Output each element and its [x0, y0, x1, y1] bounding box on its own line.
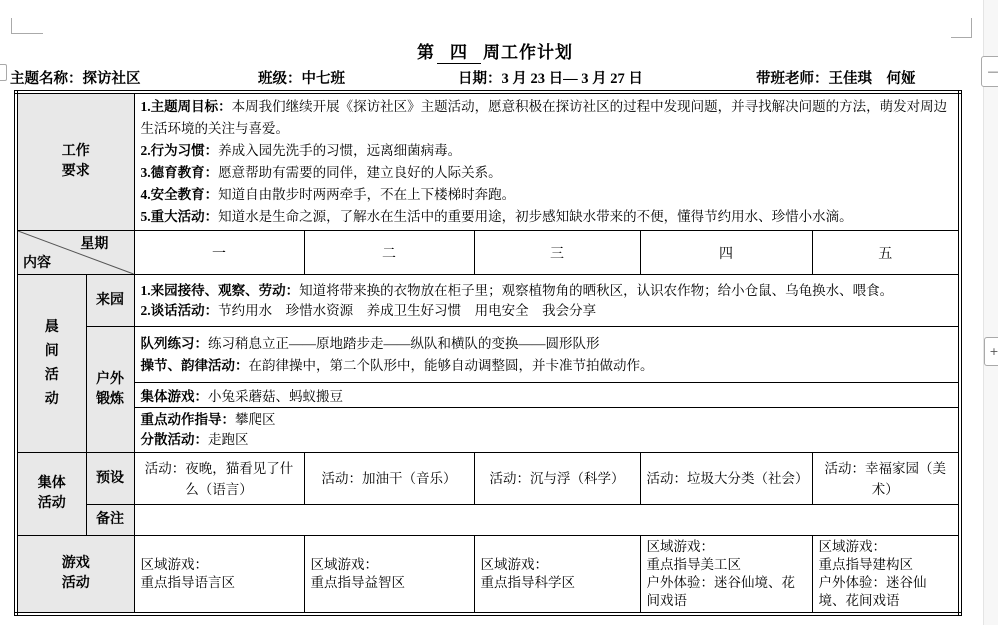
theme-value: 探访社区: [83, 71, 141, 87]
preset-cell-mon: 活动：夜晚，猫看见了什么（语言）: [134, 453, 304, 505]
game-cell-mon: 区域游戏： 重点指导语言区: [134, 536, 304, 615]
preset-cell-fri: 活动：幸福家园（美术）: [812, 453, 960, 505]
collective-activity-label-cell: 集体 活动: [16, 453, 86, 536]
morning-activity-label-cell: 晨 间 活 动: [16, 275, 86, 453]
day-header-mon: 一: [134, 231, 304, 275]
date-field: 日期：3 月 23 日— 3 月 27 日: [458, 67, 643, 88]
arrival-item: 1.来园接待、观察、劳动：知道将带来换的衣物放在柜子里；观察植物角的晒秋区，认识…: [141, 281, 953, 301]
edge-handle-button[interactable]: [0, 64, 7, 81]
note-label-cell: 备注: [86, 505, 134, 536]
corner-week-label: 星期: [80, 233, 108, 253]
margin-corner-mark-top-left: [11, 18, 12, 34]
work-item: 3.德育教育：愿意帮助有需要的同伴，建立良好的人际关系。: [141, 162, 953, 184]
work-item: 4.安全教育：知道自由散步时两两牵手，不在上下楼梯时奔跑。: [141, 184, 953, 206]
teacher-value: 王佳琪 何娅: [829, 71, 916, 87]
class-field: 班级：中七班: [258, 67, 345, 88]
arrival-label-cell: 来园: [86, 275, 134, 327]
corner-content-label: 内容: [23, 252, 51, 272]
work-item: 1.主题周目标：本周我们继续开展《探访社区》主题活动，愿意积极在探访社区的过程中…: [141, 96, 953, 140]
drill-item: 队列练习：练习稍息立正——原地踏步走——纵队和横队的变换——圆形队形: [141, 333, 953, 355]
page-title: 第四周工作计划: [0, 38, 990, 64]
date-label: 日期：: [458, 71, 502, 87]
drill-item: 操节、韵律活动：在韵律操中，第二个队形中，能够自动调整圆，并卡准节拍做动作。: [141, 355, 953, 377]
teacher-label: 带班老师：: [756, 71, 829, 87]
preset-label-cell: 预设: [86, 453, 134, 505]
work-requirements-label-cell: 工作 要求: [16, 92, 134, 231]
day-header-thu: 四: [640, 231, 812, 275]
day-header-tue: 二: [304, 231, 474, 275]
focus-item: 分散活动：走跑区: [141, 430, 953, 450]
document-page: — + 第四周工作计划 主题名称：探访社区 班级：中七班 日期：3 月 23 日…: [0, 0, 998, 625]
week-content-corner-cell: 星期 内容: [16, 231, 134, 275]
focus-item: 重点动作指导：攀爬区: [141, 410, 953, 430]
game-cell-fri: 区域游戏： 重点指导建构区 户外体验：迷谷仙境、花间戏语: [812, 536, 960, 615]
preset-cell-wed: 活动：沉与浮（科学）: [474, 453, 640, 505]
work-item: 5.重大活动：知道水是生命之源，了解水在生活中的重要用途，初步感知缺水带来的不便…: [141, 206, 953, 228]
title-week-number: 四: [437, 38, 481, 64]
game-activity-label-cell: 游戏 活动: [16, 536, 134, 615]
margin-corner-mark-top-right: [971, 18, 972, 38]
plus-icon: +: [989, 345, 998, 358]
class-label: 班级：: [258, 71, 302, 87]
teacher-field: 带班老师：王佳琪 何娅: [756, 67, 916, 88]
game-cell-wed: 区域游戏： 重点指导科学区: [474, 536, 640, 615]
game-cell-tue: 区域游戏： 重点指导益智区: [304, 536, 474, 615]
minus-icon: —: [988, 65, 998, 78]
title-prefix: 第: [417, 43, 435, 62]
date-value: 3 月 23 日— 3 月 27 日: [502, 71, 643, 87]
work-requirements-content-cell: 1.主题周目标：本周我们继续开展《探访社区》主题活动，愿意积极在探访社区的过程中…: [134, 92, 960, 231]
scrollbar-track[interactable]: [983, 0, 998, 625]
class-value: 中七班: [302, 71, 346, 87]
title-suffix: 周工作计划: [483, 43, 573, 62]
group-game-cell: 集体游戏：小兔采蘑菇、蚂蚁搬豆: [134, 383, 960, 408]
focus-guidance-cell: 重点动作指导：攀爬区 分散活动：走跑区: [134, 408, 960, 453]
work-item: 2.行为习惯：养成入园先洗手的习惯，远离细菌病毒。: [141, 140, 953, 162]
outdoor-exercise-label-cell: 户外 锻炼: [86, 327, 134, 453]
theme-label: 主题名称：: [10, 71, 83, 87]
note-content-cell: [134, 505, 960, 536]
game-cell-thu: 区域游戏： 重点指导美工区 户外体验：迷谷仙境、花间戏语: [640, 536, 812, 615]
expand-button[interactable]: +: [984, 337, 998, 366]
day-header-wed: 三: [474, 231, 640, 275]
margin-corner-mark-top-left-h: [11, 33, 43, 34]
preset-cell-tue: 活动：加油干（音乐）: [304, 453, 474, 505]
arrival-content-cell: 1.来园接待、观察、劳动：知道将带来换的衣物放在柜子里；观察植物角的晒秋区，认识…: [134, 275, 960, 327]
day-header-fri: 五: [812, 231, 960, 275]
arrival-item: 2.谈话活动：节约用水 珍惜水资源 养成卫生好习惯 用电安全 我会分享: [141, 301, 953, 321]
preset-cell-thu: 活动：垃圾大分类（社会）: [640, 453, 812, 505]
theme-field: 主题名称：探访社区: [10, 67, 141, 88]
weekly-plan-table: 工作 要求 1.主题周目标：本周我们继续开展《探访社区》主题活动，愿意积极在探访…: [14, 90, 962, 616]
drill-content-cell: 队列练习：练习稍息立正——原地踏步走——纵队和横队的变换——圆形队形 操节、韵律…: [134, 327, 960, 383]
